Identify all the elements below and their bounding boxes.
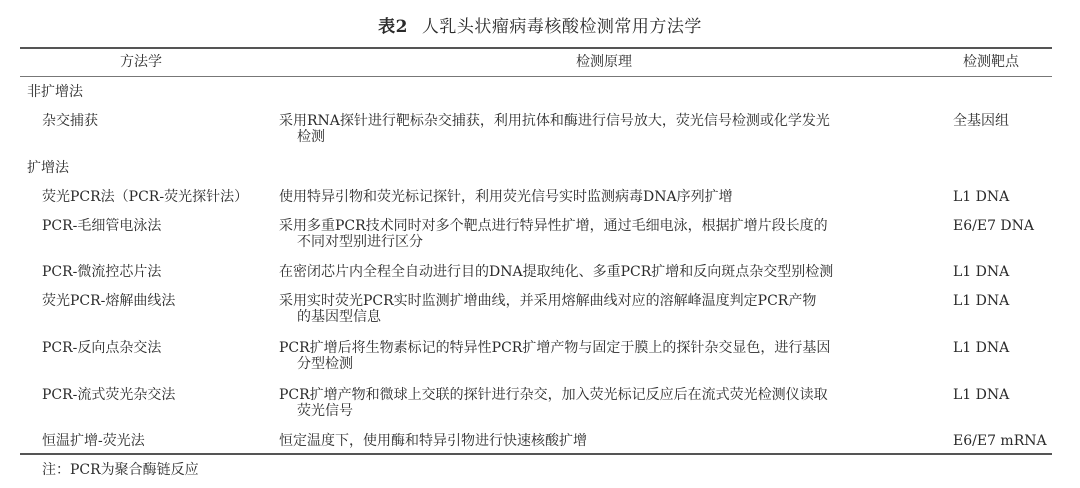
row-method: 恒温扩增-荧光法 [42, 433, 145, 449]
row-method: PCR-毛细管电泳法 [42, 218, 161, 234]
row-method: 杂交捕获 [42, 113, 98, 129]
row-target: E6/E7 mRNA [953, 433, 1047, 449]
principle-line-1: 恒定温度下，使用酶和特异引物进行快速核酸扩增 [279, 433, 587, 449]
principle-line-1: 在密闭芯片内全程全自动进行目的DNA提取纯化、多重PCR扩增和反向斑点杂交型别检… [279, 264, 833, 280]
header-method: 方法学 [120, 50, 162, 74]
table-header-rule [20, 76, 1052, 77]
principle-line-1: 采用实时荧光PCR实时监测扩增曲线，并采用熔解曲线对应的溶解峰温度判定PCR产物 [279, 293, 816, 309]
principle-line-1: PCR扩增后将生物素标记的特异性PCR扩增产物与固定于膜上的探针杂交显色，进行基… [279, 340, 830, 356]
row-principle: 采用多重PCR技术同时对多个靶点进行特异性扩增，通过毛细电泳，根据扩增片段长度的… [279, 218, 944, 250]
row-principle: 采用RNA探针进行靶标杂交捕获，利用抗体和酶进行信号放大，荧光信号检测或化学发光… [279, 113, 944, 145]
row-principle: PCR扩增后将生物素标记的特异性PCR扩增产物与固定于膜上的探针杂交显色，进行基… [279, 340, 944, 372]
table-footnote: 注：PCR为聚合酶链反应 [42, 461, 199, 479]
header-target: 检测靶点 [963, 50, 1019, 74]
table-number: 表2 [378, 17, 408, 37]
principle-line-1: 使用特异引物和荧光标记探针，利用荧光信号实时监测病毒DNA序列扩增 [279, 189, 733, 205]
principle-line-2: 分型检测 [279, 356, 944, 372]
row-method: 荧光PCR法（PCR-荧光探针法） [42, 189, 248, 205]
principle-line-1: PCR扩增产物和微球上交联的探针进行杂交，加入荧光标记反应后在流式荧光检测仪读取 [279, 387, 828, 403]
row-principle: 采用实时荧光PCR实时监测扩增曲线，并采用熔解曲线对应的溶解峰温度判定PCR产物… [279, 293, 944, 325]
table-top-rule [20, 47, 1052, 49]
row-target: L1 DNA [953, 293, 1009, 309]
principle-line-2: 不同对型别进行区分 [279, 234, 944, 250]
row-target: L1 DNA [953, 264, 1009, 280]
row-method: PCR-反向点杂交法 [42, 340, 161, 356]
row-principle: 使用特异引物和荧光标记探针，利用荧光信号实时监测病毒DNA序列扩增 [279, 189, 944, 205]
table-bottom-rule [20, 453, 1052, 455]
row-target: E6/E7 DNA [953, 218, 1034, 234]
principle-line-2: 检测 [279, 129, 944, 145]
table-title: 人乳头状瘤病毒核酸检测常用方法学 [422, 17, 702, 37]
row-principle: 恒定温度下，使用酶和特异引物进行快速核酸扩增 [279, 433, 944, 449]
row-target: 全基因组 [953, 113, 1009, 129]
row-target: L1 DNA [953, 340, 1009, 356]
row-principle: 在密闭芯片内全程全自动进行目的DNA提取纯化、多重PCR扩增和反向斑点杂交型别检… [279, 264, 944, 280]
row-method: 荧光PCR-熔解曲线法 [42, 293, 175, 309]
principle-line-1: 采用多重PCR技术同时对多个靶点进行特异性扩增，通过毛细电泳，根据扩增片段长度的 [279, 218, 828, 234]
row-method: PCR-微流控芯片法 [42, 264, 161, 280]
row-principle: PCR扩增产物和微球上交联的探针进行杂交，加入荧光标记反应后在流式荧光检测仪读取… [279, 387, 944, 419]
group-label-non-amplification: 非扩增法 [27, 84, 83, 100]
row-target: L1 DNA [953, 189, 1009, 205]
row-method: PCR-流式荧光杂交法 [42, 387, 175, 403]
row-target: L1 DNA [953, 387, 1009, 403]
principle-line-1: 采用RNA探针进行靶标杂交捕获，利用抗体和酶进行信号放大，荧光信号检测或化学发光 [279, 113, 830, 129]
group-label-amplification: 扩增法 [27, 160, 69, 176]
table-caption: 表2人乳头状瘤病毒核酸检测常用方法学 [0, 16, 1080, 38]
header-principle: 检测原理 [576, 50, 632, 74]
principle-line-2: 荧光信号 [279, 403, 944, 419]
principle-line-2: 的基因型信息 [279, 309, 944, 325]
